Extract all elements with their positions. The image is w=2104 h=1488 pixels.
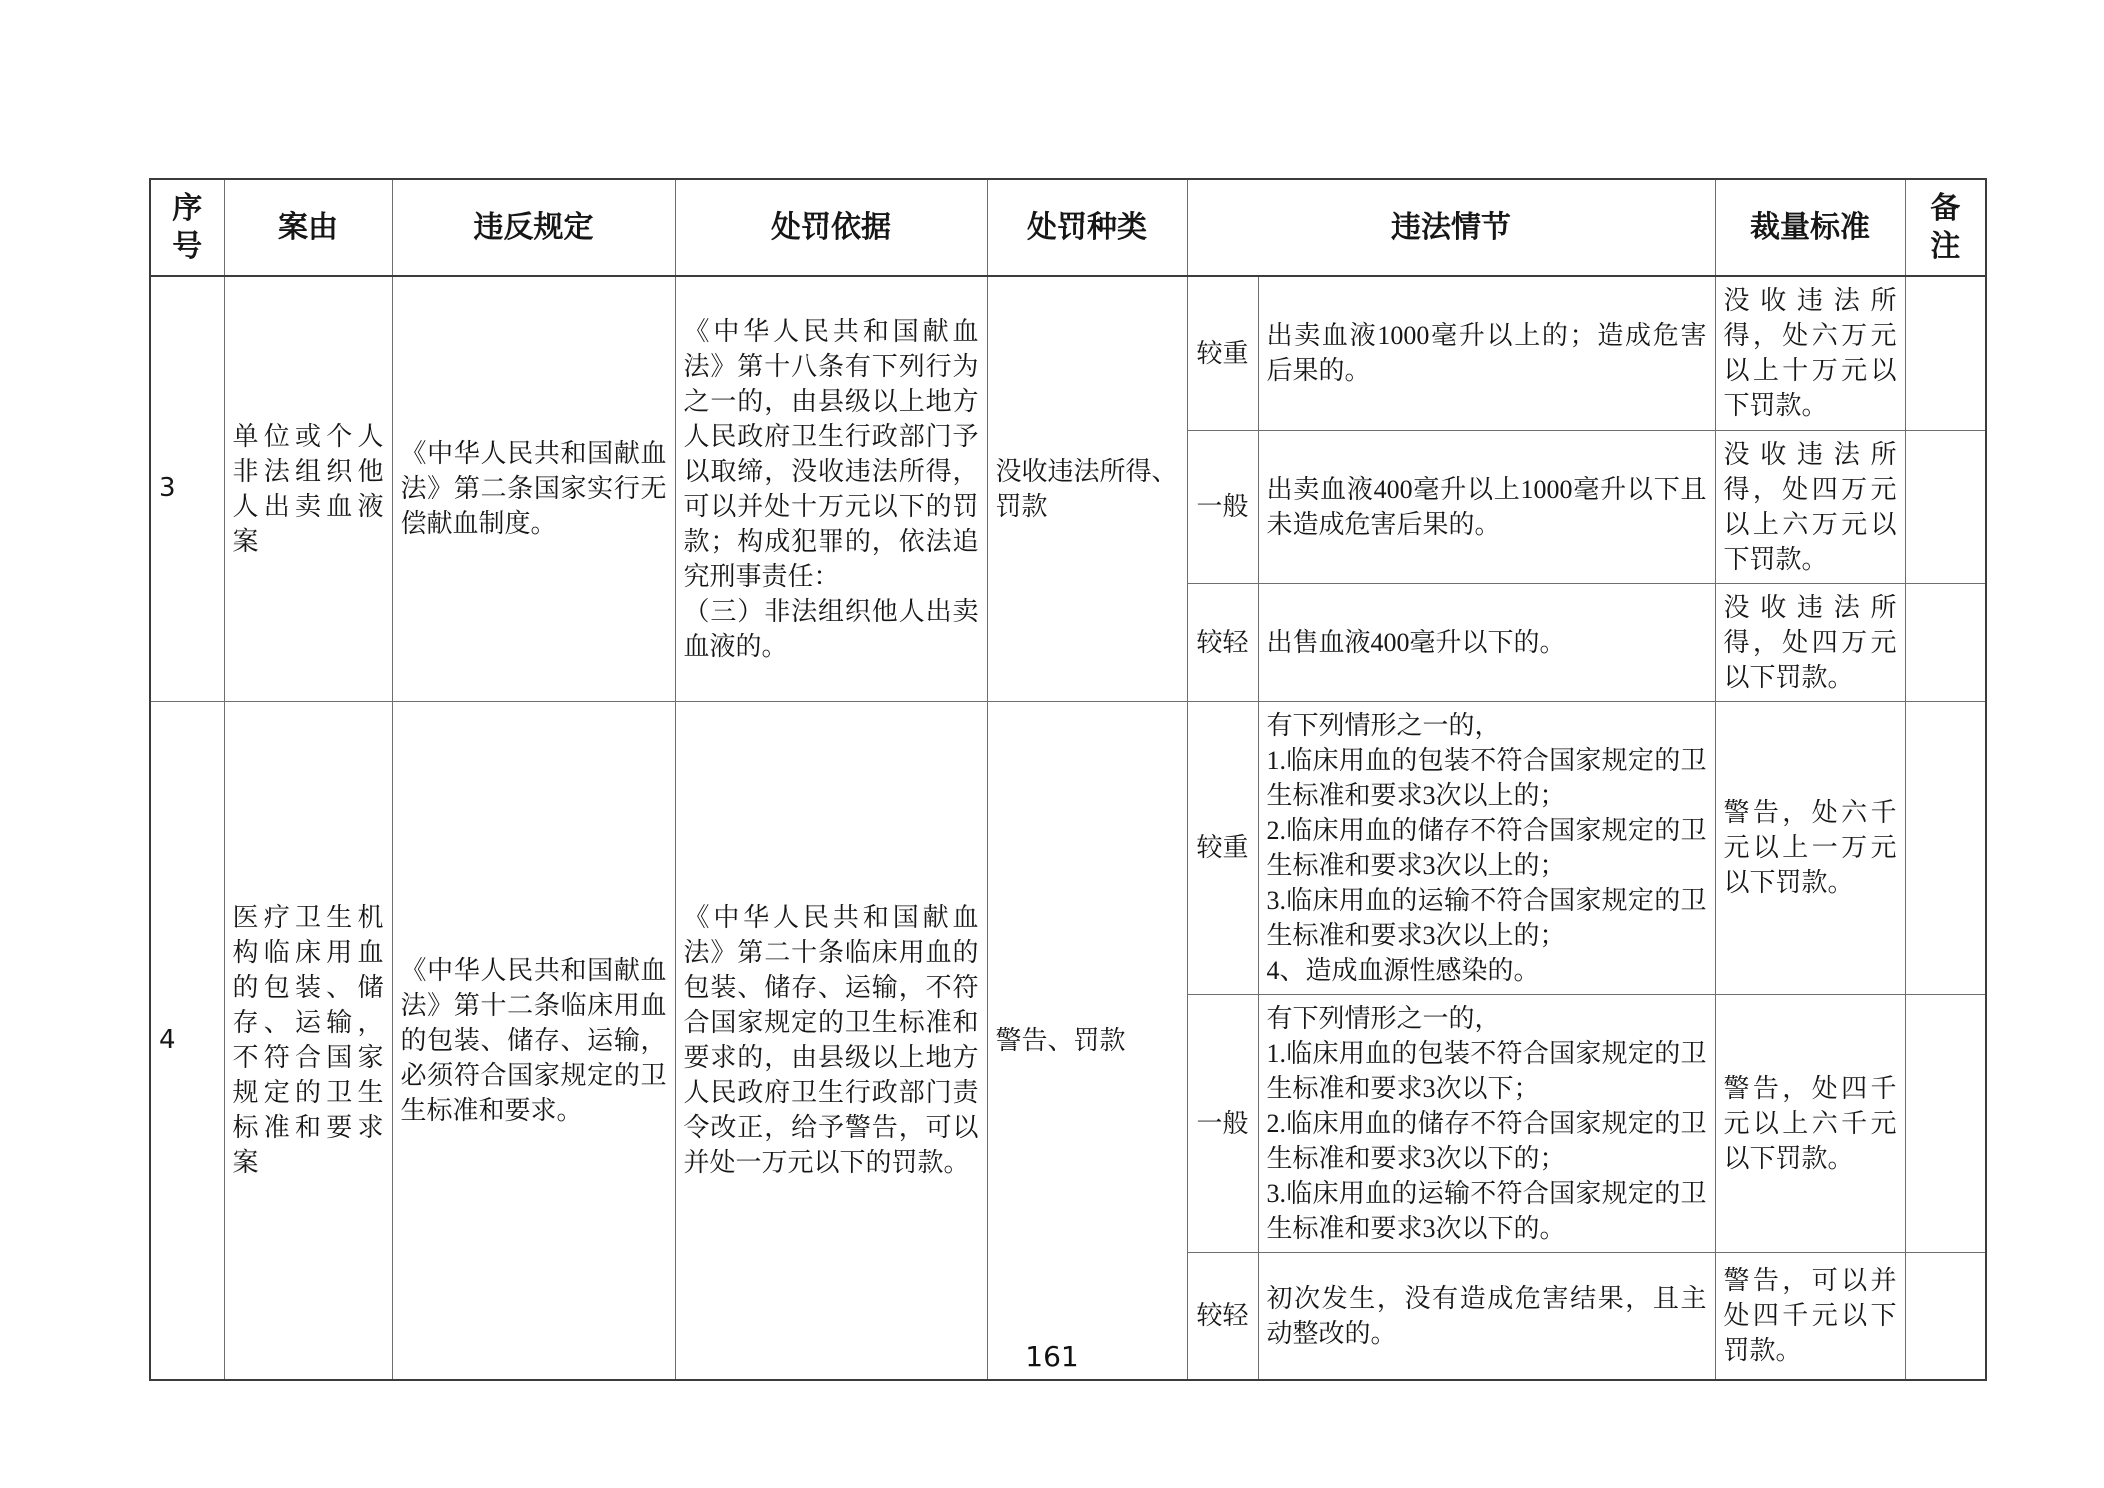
cell-remark: [1905, 994, 1986, 1252]
cell-serial: 3: [150, 276, 224, 701]
cell-severity: 较重: [1187, 701, 1258, 994]
table-row: 3 单位或个人非法组织他人出卖血液案 《中华人民共和国献血法》第二条国家实行无偿…: [150, 276, 1986, 430]
document-page: 序 号 案由 违反规定 处罚依据 处罚种类 违法情节 裁量标准 备 注 3 单位…: [0, 0, 2104, 1488]
cell-remark: [1905, 583, 1986, 701]
cell-remark: [1905, 276, 1986, 430]
cell-circumstance: 出卖血液400毫升以上1000毫升以下且未造成危害后果的。: [1258, 430, 1715, 583]
cell-standard: 没收违法所得，处四万元以下罚款。: [1715, 583, 1905, 701]
header-standard: 裁量标准: [1715, 179, 1905, 276]
cell-violation: 《中华人民共和国献血法》第二条国家实行无偿献血制度。: [392, 276, 675, 701]
cell-serial: 4: [150, 701, 224, 1380]
cell-basis: 《中华人民共和国献血法》第二十条临床用血的包装、储存、运输，不符合国家规定的卫生…: [675, 701, 987, 1380]
cell-penalty-type: 没收违法所得、罚款: [987, 276, 1187, 701]
cell-severity: 较轻: [1187, 583, 1258, 701]
cell-remark: [1905, 430, 1986, 583]
penalty-table: 序 号 案由 违反规定 处罚依据 处罚种类 违法情节 裁量标准 备 注 3 单位…: [149, 178, 1987, 1381]
header-serial: 序 号: [150, 179, 224, 276]
cell-cause: 单位或个人非法组织他人出卖血液案: [224, 276, 392, 701]
cell-circumstance: 出售血液400毫升以下的。: [1258, 583, 1715, 701]
header-remarks: 备 注: [1905, 179, 1986, 276]
cell-remark: [1905, 701, 1986, 994]
cell-severity: 一般: [1187, 994, 1258, 1252]
table-row: 4 医疗卫生机构临床用血的包装、储存、运输，不符合国家规定的卫生标准和要求案 《…: [150, 701, 1986, 994]
cell-standard: 没收违法所得，处四万元以上六万元以下罚款。: [1715, 430, 1905, 583]
cell-cause: 医疗卫生机构临床用血的包装、储存、运输，不符合国家规定的卫生标准和要求案: [224, 701, 392, 1380]
header-circumstances: 违法情节: [1187, 179, 1715, 276]
cell-circumstance: 有下列情形之一的， 1.临床用血的包装不符合国家规定的卫生标准和要求3次以上的；…: [1258, 701, 1715, 994]
header-basis: 处罚依据: [675, 179, 987, 276]
cell-basis: 《中华人民共和国献血法》第十八条有下列行为之一的，由县级以上地方人民政府卫生行政…: [675, 276, 987, 701]
cell-standard: 没收违法所得，处六万元以上十万元以下罚款。: [1715, 276, 1905, 430]
cell-severity: 较重: [1187, 276, 1258, 430]
cell-circumstance: 有下列情形之一的， 1.临床用血的包装不符合国家规定的卫生标准和要求3次以下； …: [1258, 994, 1715, 1252]
cell-violation: 《中华人民共和国献血法》第十二条临床用血的包装、储存、运输，必须符合国家规定的卫…: [392, 701, 675, 1380]
page-number: 161: [0, 1340, 2104, 1373]
cell-severity: 一般: [1187, 430, 1258, 583]
cell-penalty-type: 警告、罚款: [987, 701, 1187, 1380]
header-cause: 案由: [224, 179, 392, 276]
header-row: 序 号 案由 违反规定 处罚依据 处罚种类 违法情节 裁量标准 备 注: [150, 179, 1986, 276]
header-penalty-type: 处罚种类: [987, 179, 1187, 276]
cell-standard: 警告，处六千元以上一万元以下罚款。: [1715, 701, 1905, 994]
cell-standard: 警告，处四千元以上六千元以下罚款。: [1715, 994, 1905, 1252]
cell-circumstance: 出卖血液1000毫升以上的；造成危害后果的。: [1258, 276, 1715, 430]
header-violation: 违反规定: [392, 179, 675, 276]
